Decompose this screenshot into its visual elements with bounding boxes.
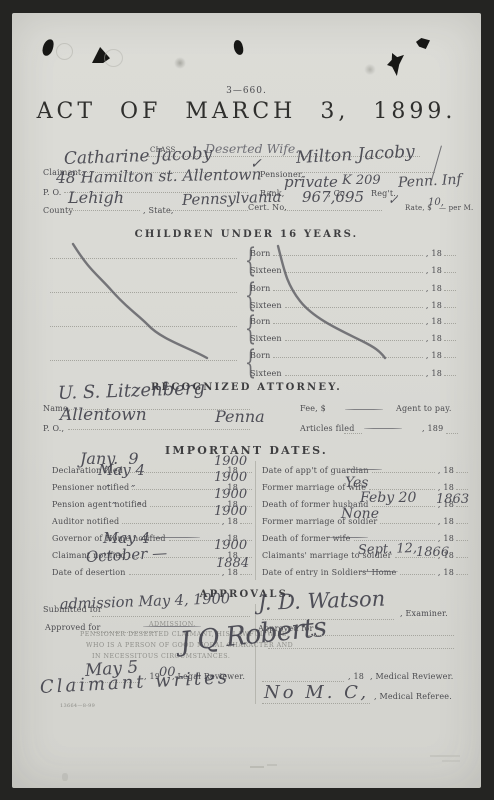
attorney-po-state-handwritten: Penna <box>215 409 265 425</box>
date-label: Auditor notified <box>52 517 119 526</box>
date-year-handwritten: 1863 <box>436 493 469 506</box>
paper-sheet: 3—660. ACT OF MARCH 3, 1899. CLASS. Dese… <box>12 13 481 788</box>
ditto-marks: ″ ″ <box>106 484 135 495</box>
date-year-handwritten: 1900 <box>214 539 247 552</box>
articles-year-label: , 189 <box>422 424 443 433</box>
submitted-line <box>92 615 250 617</box>
dotted-tail <box>456 574 468 575</box>
date-label: Date of desertion <box>52 568 126 577</box>
medical-referee-label: , Medical Referee. <box>374 692 452 701</box>
blank-dash <box>360 571 398 573</box>
dotted-tail <box>456 472 468 473</box>
dotted-leader <box>169 540 219 541</box>
fee-label: Fee, $ <box>300 404 326 413</box>
medical-year-blank: , 18 <box>348 672 364 681</box>
attorney-po-line <box>68 428 250 430</box>
date-value-handwritten: October — <box>86 546 168 565</box>
ditto-marks: ″ ″ <box>112 501 141 512</box>
dotted-leader <box>122 523 219 524</box>
medical-referee-line <box>262 702 370 704</box>
dotted-leader <box>132 489 219 490</box>
smudge-mark <box>430 755 460 757</box>
year-blank: , 18 <box>438 534 454 543</box>
dotted-leader <box>380 523 435 524</box>
dotted-leader <box>372 506 435 507</box>
dotted-tail <box>456 523 468 524</box>
smudge-mark <box>442 760 460 762</box>
dotted-tail <box>456 540 468 541</box>
dotted-tail <box>456 557 468 558</box>
examiner-signature: J. D. Watson <box>258 589 386 614</box>
fee-dash <box>345 409 383 411</box>
date-value-handwritten: May 4 <box>103 531 150 546</box>
articles-line <box>344 432 362 434</box>
blank-dash <box>148 537 200 539</box>
date-value-handwritten: None <box>341 507 379 521</box>
year-blank: , 18 <box>438 466 454 475</box>
blank-dash <box>326 537 368 539</box>
date-year-handwritten: 1900 <box>214 455 247 468</box>
articles-tail <box>446 432 458 434</box>
blank-dash <box>346 469 382 471</box>
approved-for-right-label: Approved for <box>258 624 314 633</box>
date-year-handwritten: 1884 <box>216 557 249 570</box>
date-value-handwritten: Feby 20 <box>360 491 416 505</box>
year-blank: , 18 <box>438 483 454 492</box>
column-divider <box>255 461 256 580</box>
date-value-handwritten: Sept. 12, <box>358 542 418 557</box>
strike-curve-left <box>73 244 207 358</box>
approved-right-line <box>308 634 454 636</box>
print-code: 13664—8-99 <box>60 703 95 709</box>
date-year-handwritten: 1900 <box>214 488 247 501</box>
dotted-leader <box>372 472 435 473</box>
date-year-handwritten: 1900 <box>214 505 247 518</box>
scanned-document-page: { "form": { "number": "3—660.", "title":… <box>0 0 494 800</box>
year-blank: , 18 <box>438 568 454 577</box>
smudge-mark <box>267 764 277 766</box>
date-year-handwritten: 1866 <box>416 546 449 559</box>
medical-reviewer-label: , Medical Reviewer. <box>370 672 453 681</box>
articles-dash <box>364 428 402 430</box>
dotted-tail <box>240 523 252 524</box>
date-value-handwritten: May 4 <box>98 463 145 478</box>
blank-right-line <box>268 647 454 649</box>
medical-value-handwritten: No M. C, <box>264 684 369 702</box>
dotted-leader <box>129 574 219 575</box>
dotted-leader <box>150 506 219 507</box>
examiner-label: , Examiner. <box>400 609 448 618</box>
attorney-name-handwritten: U. S. Litzenberg <box>58 380 206 403</box>
year-blank: , 18 <box>438 517 454 526</box>
date-year-handwritten: 1900 <box>214 471 247 484</box>
date-value-handwritten: Yes <box>345 476 369 490</box>
strike-curve-right <box>278 246 385 358</box>
agent-to-pay-label: Agent to pay. <box>396 404 452 413</box>
attorney-po-handwritten: Allentown <box>60 407 147 424</box>
dotted-tail <box>240 574 252 575</box>
smudge-mark <box>62 773 68 781</box>
dotted-tail <box>456 489 468 490</box>
dotted-leader <box>400 574 435 575</box>
examiner-line <box>262 618 394 620</box>
attorney-po-label: P. O., <box>43 424 64 433</box>
smudge-mark <box>250 766 264 768</box>
